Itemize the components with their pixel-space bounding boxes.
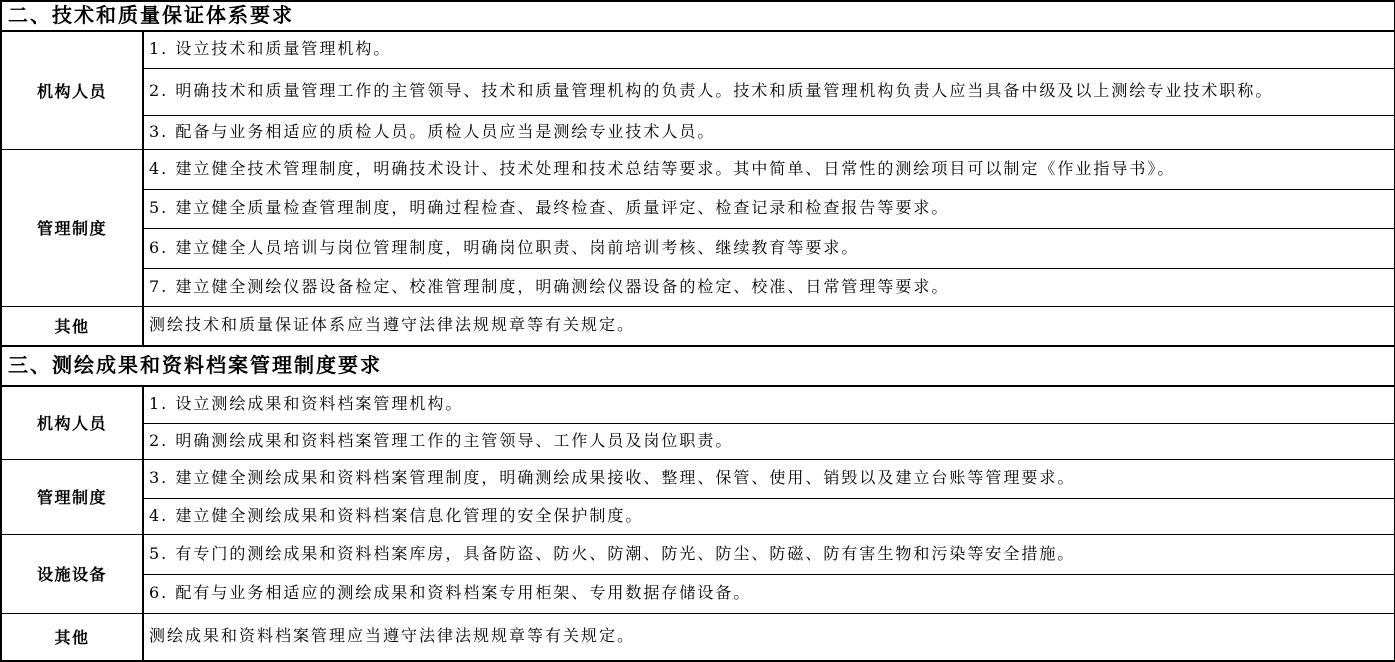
requirement-item: 3. 配备与业务相适应的质检人员。质检人员应当是测绘专业技术人员。 [143,115,1395,149]
group-label-management-system: 管理制度 [1,149,143,306]
group-label-facilities-equipment: 设施设备 [1,534,143,613]
requirement-item: 3. 建立健全测绘成果和资料档案管理制度，明确测绘成果接收、整理、保管、使用、销… [143,459,1395,498]
requirement-item: 7. 建立健全测绘仪器设备检定、校准管理制度，明确测绘仪器设备的检定、校准、日常… [143,268,1395,306]
requirement-item: 2. 明确技术和质量管理工作的主管领导、技术和质量管理机构的负责人。技术和质量管… [143,68,1395,115]
requirement-item: 4. 建立健全测绘成果和资料档案信息化管理的安全保护制度。 [143,498,1395,534]
requirement-item: 5. 建立健全质量检查管理制度，明确过程检查、最终检查、质量评定、检查记录和检查… [143,189,1395,228]
requirement-item: 测绘技术和质量保证体系应当遵守法律法规规章等有关规定。 [143,306,1395,346]
requirement-item: 6. 建立健全人员培训与岗位管理制度，明确岗位职责、岗前培训考核、继续教育等要求… [143,228,1395,268]
requirement-item: 6. 配有与业务相适应的测绘成果和资料档案专用柜架、专用数据存储设备。 [143,574,1395,613]
requirement-item: 测绘成果和资料档案管理应当遵守法律法规规章等有关规定。 [143,613,1395,661]
requirement-item: 4. 建立健全技术管理制度，明确技术设计、技术处理和技术总结等要求。其中简单、日… [143,149,1395,189]
section-3-title: 三、测绘成果和资料档案管理制度要求 [1,346,1395,386]
group-label-other: 其他 [1,306,143,346]
section-2-title: 二、技术和质量保证体系要求 [1,1,1395,31]
requirement-item: 1. 设立技术和质量管理机构。 [143,31,1395,68]
requirement-item: 5. 有专门的测绘成果和资料档案库房，具备防盗、防火、防潮、防光、防尘、防磁、防… [143,534,1395,574]
requirement-item: 1. 设立测绘成果和资料档案管理机构。 [143,386,1395,423]
group-label-management-system: 管理制度 [1,459,143,534]
requirements-table: 二、技术和质量保证体系要求 机构人员 1. 设立技术和质量管理机构。 2. 明确… [0,0,1395,662]
group-label-organization-personnel: 机构人员 [1,386,143,459]
group-label-organization-personnel: 机构人员 [1,31,143,149]
requirement-item: 2. 明确测绘成果和资料档案管理工作的主管领导、工作人员及岗位职责。 [143,423,1395,459]
group-label-other: 其他 [1,613,143,661]
